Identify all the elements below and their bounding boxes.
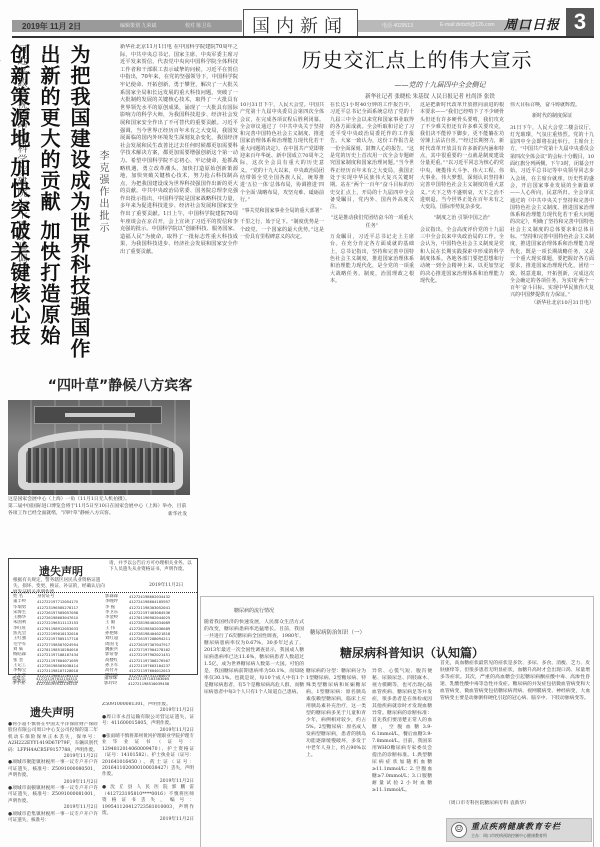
notice-item: ●项城市聚能镇财税所一事一议专户开户许可证遗失，核准号：Z50910000805…: [8, 760, 98, 779]
feature-byline: 新华社记者 张晓松 朱基钗 人民日报记者 杜尚泽 张铁: [300, 92, 560, 100]
health-column-1: 糖尿病的分型：糖尿病分为1型糖尿病、2型糖尿病、特殊类型糖尿病和妊娠糖尿病。1型…: [306, 668, 366, 847]
feature-body: 10月31日下午，人民大会堂。中国共产党第十九届中央委员会第四次全体会议，在完成…: [240, 102, 596, 590]
notice-item: ●周口市永昌运输有限公司营运证遗失，证号：411600015805，声明作废。: [102, 715, 194, 728]
masthead-rule: [12, 36, 594, 38]
banner-title: 重点疾病健康教育专栏: [471, 821, 561, 832]
notice-date: 2019年11月2日: [149, 582, 183, 588]
section-title: 国内新闻: [252, 12, 348, 38]
dotted-divider: [11, 592, 197, 593]
health-intro-head: 糖尿病的流行情况: [204, 608, 304, 615]
feature-dateline: （新华社北京10月31日电）: [510, 300, 594, 307]
feature-subhead: “事关党和国家事业全局的重大部署”: [240, 208, 324, 215]
table-row: 郭玲玲412721198510039458: [104, 681, 196, 686]
page-number: 3: [566, 8, 594, 36]
table-column-right: 郭森森412724198602034432 李晚坪412724198604105…: [105, 594, 197, 679]
notice-2-title: 遗失声明: [30, 704, 74, 720]
loss-notice-box: 遗失声明 根据有关规定，警务辖区居民从业资格证遗失、损坏、变更、换证、补证的，经…: [8, 558, 198, 675]
notice-item: ●沈丘县人民医院郭鹏雷（412723195810****0016）不慎将医师资格…: [102, 785, 194, 817]
proofreader-credit: 校对 陈卫东: [185, 22, 211, 29]
feature-column-2: 在长达1小时40分钟的工作报告中，习近平总书记全面系统总结了党的十九届三中全会以…: [330, 102, 414, 590]
lead-body: 新华社北京11月1日电 在中国科学院建院70周年之际，中共中央总书记、国家主席、…: [120, 44, 238, 344]
health-article-credit: （周口市专科医院糖尿病专科 袁新华）: [446, 800, 591, 807]
photo-title: “四叶草”静候八方宾客: [30, 375, 210, 395]
notice-title: 遗失声明: [21, 563, 101, 579]
section-tab: 国内新闻: [243, 9, 358, 36]
doctor-icon: ☺: [451, 822, 467, 838]
issue-date: 2019年 11月 2日: [22, 21, 81, 32]
health-column-2: 异常、心慌气短、腹泻便秘、尿频尿急、四肢麻木、视力模糊等，也可出现心脑血管疾病、…: [372, 668, 432, 847]
health-intro-column: 糖尿病的流行情况 随着我国经济的快速发展，人民群众生活方式的改变，糖尿病患病率迅…: [204, 604, 304, 847]
feature-subhead: 新时代的制度保证: [510, 113, 594, 120]
feature-subhead: “这是推动我们党团结奋斗的一项重大任务”: [330, 215, 414, 230]
feature-subhead: “制度之治 引领中国之治”: [420, 215, 504, 222]
feature-column-4: 伟大目标召唤，奋斗铸就辉煌。 新时代的制度保证 31日下午，人民大会堂二楼会议厅…: [510, 102, 594, 590]
health-article-title: 糖尿病科普知识（认知篇）: [340, 644, 484, 661]
masthead: 2019年 11月 2日 编辑策划 九荣斌 校对 陈卫东 国内新闻 电话 402…: [0, 0, 600, 38]
newspaper-logo: 周口日报: [504, 14, 560, 33]
photo-credit: 新华社发: [168, 510, 187, 517]
editor-credit: 编辑策划 九荣斌: [120, 22, 156, 29]
notice-intro-continued: 请，并予以公告后方可办理相关业务。以下人员遗失从业资格证书，声明作废。: [109, 561, 195, 573]
notice-2-column-1: ●何小超不慎将在中国太平洋保险财产保险股份有限公司周口中心支公司投保的第二年机动…: [8, 722, 98, 847]
feature-headline: 历史交汇点上的伟大宣示: [252, 44, 582, 73]
photo-caption: 这是国家会展中心（上海）一角（11月1日无人机拍摄）。 第二届中国国际进口博览会…: [8, 496, 190, 517]
notice-item: ●何小超不慎将在中国太平洋保险财产保险股份有限公司周口中心支公司投保的第二年机动…: [8, 722, 98, 754]
notice-item: ●项城市南顿镇财税所一事一议专户开户许可证遗失，核准号：Z50910000810…: [8, 786, 98, 805]
notice-item-date: 2019年11月2日: [102, 817, 194, 823]
health-column-3: 首先，高血糖症状最常见的症状是多饮、多尿、多食、消瘦、乏力、皮肤瘙痒等，但很多患…: [440, 660, 590, 798]
feature-subheadline: ——党的十九届四中全会侧记: [340, 80, 540, 90]
notice-item: ●项城市范集镇财税所一事一议专户开户许可证遗失，核准号：: [8, 812, 98, 825]
feature-column-3: 这是把新时代改革开放推向前进的根本要求——“我们已经啃下了不少硬骨头但还有许多硬…: [420, 102, 504, 590]
table-column-left: 姓 名身份证号 董丰岭41272219771205417X 毕瑞勇4127231…: [13, 594, 105, 684]
notice-2-column-2: Z5091000081301，声明作废。 2019年11月2日 ●周口市永昌运输…: [102, 702, 194, 847]
phone-number: 电话 4029513: [382, 22, 413, 29]
lead-byline: 李克强作出批示: [96, 150, 110, 270]
banner-subtitle: 主办：周口市疾病预防控制中心健康教育所: [471, 833, 547, 839]
feature-column-1: 10月31日下午，人民大会堂。中国共产党第十九届中央委员会第四次全体会议，在完成…: [240, 102, 324, 590]
expo-center-photo: [8, 400, 190, 495]
lead-headline: 为把我国建设成为世界科技强国作出新的更大的贡献 加快打造原始创新策源地 加快突破…: [30, 44, 94, 364]
health-series-label: 糖尿病防治知识（一）: [310, 628, 365, 636]
photo-flowerbed: [28, 448, 173, 483]
email-address: E-mail:zkrbzh@126.com: [440, 22, 495, 28]
health-column-banner: ☺ 重点疾病健康教育专栏 主办：周口市疾病预防控制中心健康教育所: [446, 818, 592, 842]
notice-item: ●张雨晴不慎将郑州黄河护理职业学院护理专业毕业证书（证号：12948120140…: [102, 734, 194, 779]
table-row: 李小亚41272819951213921X: [12, 681, 104, 686]
photo-banner: [34, 406, 162, 424]
newspaper-page: 2019年 11月 2日 编辑策划 九荣斌 校对 陈卫东 国内新闻 电话 402…: [0, 0, 600, 847]
